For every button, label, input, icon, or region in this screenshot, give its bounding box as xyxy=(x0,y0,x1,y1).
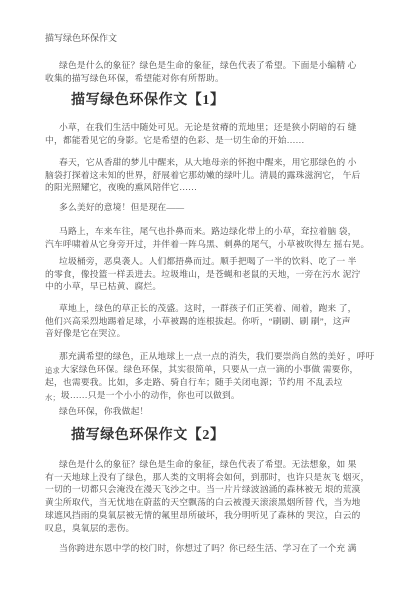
text-line: 叹息，臭氧层的悲伤。 xyxy=(45,522,375,535)
text-line: 那充满希望的绿色，正从地球上一点一点的消失，我们要崇尚自然的美好 ，呼吁 xyxy=(45,350,375,363)
text-line: 他们兴高采烈地踢着足球，小草被踢的连根拔起。你听，“刷刷、刷 刷”，这声 xyxy=(45,315,375,328)
text-line: 球遮风挡雨的臭氧层被无情的氟里昂所破坏，我分明听见了森林的 哭泣，白云的 xyxy=(45,509,375,522)
text-line: 中，都能看见它的身影。它是希望的色彩、是一切生命的开始…… xyxy=(45,134,375,147)
paragraph-field: 草地上，绿色的草正长的茂盛。这时，一群孩子们正笑着、闹着，跑来 了， 他们兴高采… xyxy=(45,302,375,340)
text-line: 的零食，像投篮一样丢进去。垃圾堆山，是苍蝇和老鼠的天地，一旁在污水 泥泞 xyxy=(45,268,375,281)
text-segment: 大家绿色环保。绿色环保，其实很简单，只要从一点一滴的小事做 需要你， xyxy=(61,364,359,374)
section-heading-2: 描写绿色环保作文【2】 xyxy=(71,428,225,443)
text-line: 马路上，车来车往，尾气也扑鼻而来。路边绿化带上的小草，耷拉着脑 袋， xyxy=(45,225,375,238)
text-line: 当你跨进东恩中学的校门时，你想过了吗？你已经生活、学习在了一个充 满 xyxy=(45,542,375,555)
text-segment: 圾……只是一个小小的动作，你也可以做到。 xyxy=(61,390,240,400)
text-line: 小草，在我们生活中随处可见。无论是贫瘠的荒地里；还是狭小阴暗的石 缝 xyxy=(45,121,375,134)
text-line: 黄尘所取代，当无忧地在蔚蓝的天空飘荡的白云被漫天滚滚黑烟所替 代，当为地 xyxy=(45,496,375,509)
margin-note: 追求 xyxy=(45,366,60,375)
paragraph-mood: 多么美好的意境！但是现在—— xyxy=(45,201,375,214)
document-page: 描写绿色环保作文 绿色是什么的象征？绿色是生命的象征，绿色代表了希望。下面是小编… xyxy=(0,0,407,600)
text-line: 绿色是什么的象征？绿色是生命的象征，绿色代表了希望。无法想象，如 果 xyxy=(45,458,375,471)
paragraph-slogan: 绿色环保，你我做起！ xyxy=(45,405,375,418)
paragraph-grass: 小草，在我们生活中随处可见。无论是贫瘠的荒地里；还是狭小阴暗的石 缝 中，都能看… xyxy=(45,121,375,146)
intro-paragraph: 绿色是什么的象征？绿色是生命的象征，绿色代表了希望。下面是小编精 心 收集的描写… xyxy=(45,59,375,84)
text-line: 汽车呼啸着从它身旁开过，并伴着一阵乌黑、刺鼻的尾气，小草被吹得左 摇右晃。 xyxy=(45,238,375,251)
paragraph-symbol: 绿色是什么的象征？绿色是生命的象征，绿色代表了希望。无法想象，如 果 有一天地球… xyxy=(45,458,375,534)
text-line: 多么美好的意境！但是现在—— xyxy=(45,201,375,214)
text-line: 有一天地球上没有了绿色，那人类的文明将会如何，到那时，也许只是灰飞 烟灭， xyxy=(45,471,375,484)
paragraph-spring: 春天，它从香甜的梦儿中醒来，从大地母亲的怀抱中醒来，用它那绿色的 小 脑袋打探着… xyxy=(45,156,375,194)
text-line: 绿色是什么的象征？绿色是生命的象征，绿色代表了希望。下面是小编精 心 xyxy=(45,59,375,72)
text-line: 水；圾……只是一个小小的动作，你也可以做到。 xyxy=(45,389,375,403)
text-line: 绿色环保，你我做起！ xyxy=(45,405,375,418)
section-heading-1: 描写绿色环保作文【1】 xyxy=(71,93,225,108)
text-line: 草地上，绿色的草正长的茂盛。这时，一群孩子们正笑着、闹着，跑来 了， xyxy=(45,302,375,315)
doc-title: 描写绿色环保作文 xyxy=(45,31,117,44)
text-line: 追求大家绿色环保。绿色环保，其实很简单，只要从一点一滴的小事做 需要你， xyxy=(45,363,375,377)
text-line: 垃圾桶旁，恶臭袭人。人们都捂鼻而过。顺手把喝了一半的饮料、吃了一 半 xyxy=(45,255,375,268)
paragraph-hope: 那充满希望的绿色，正从地球上一点一点的消失，我们要崇尚自然的美好 ，呼吁 追求大… xyxy=(45,350,375,403)
text-line: 中的小草，早已枯黄、腐烂。 xyxy=(45,280,375,293)
text-line: 一切的一切都只会淹没在漫天飞沙之中。当一片片绿波汹涌的森林被无 垠的荒漠 xyxy=(45,483,375,496)
text-line: 脑袋打探着这未知的世界，舒展着它那幼嫩的绿叶儿。清晨的露珠滋润它， 午后 xyxy=(45,169,375,182)
margin-note: 水； xyxy=(45,393,60,402)
paragraph-road: 马路上，车来车往，尾气也扑鼻而来。路边绿化带上的小草，耷拉着脑 袋， 汽车呼啸着… xyxy=(45,225,375,250)
text-line: 的阳光照耀它，夜晚的熏风陪伴它…… xyxy=(45,181,375,194)
text-line: 春天，它从香甜的梦儿中醒来，从大地母亲的怀抱中醒来，用它那绿色的 小 xyxy=(45,156,375,169)
text-line: 起，也需要我。比如，多走路、骑自行车；随手关闭电源；节约用 不乱丢垃 xyxy=(45,376,375,389)
paragraph-school: 当你跨进东恩中学的校门时，你想过了吗？你已经生活、学习在了一个充 满 xyxy=(45,542,375,555)
text-line: 音好像是它在哭泣。 xyxy=(45,327,375,340)
text-line: 收集的描写绿色环保，希望能对你有所帮助。 xyxy=(45,72,375,85)
paragraph-trash: 垃圾桶旁，恶臭袭人。人们都捂鼻而过。顺手把喝了一半的饮料、吃了一 半 的零食，像… xyxy=(45,255,375,293)
